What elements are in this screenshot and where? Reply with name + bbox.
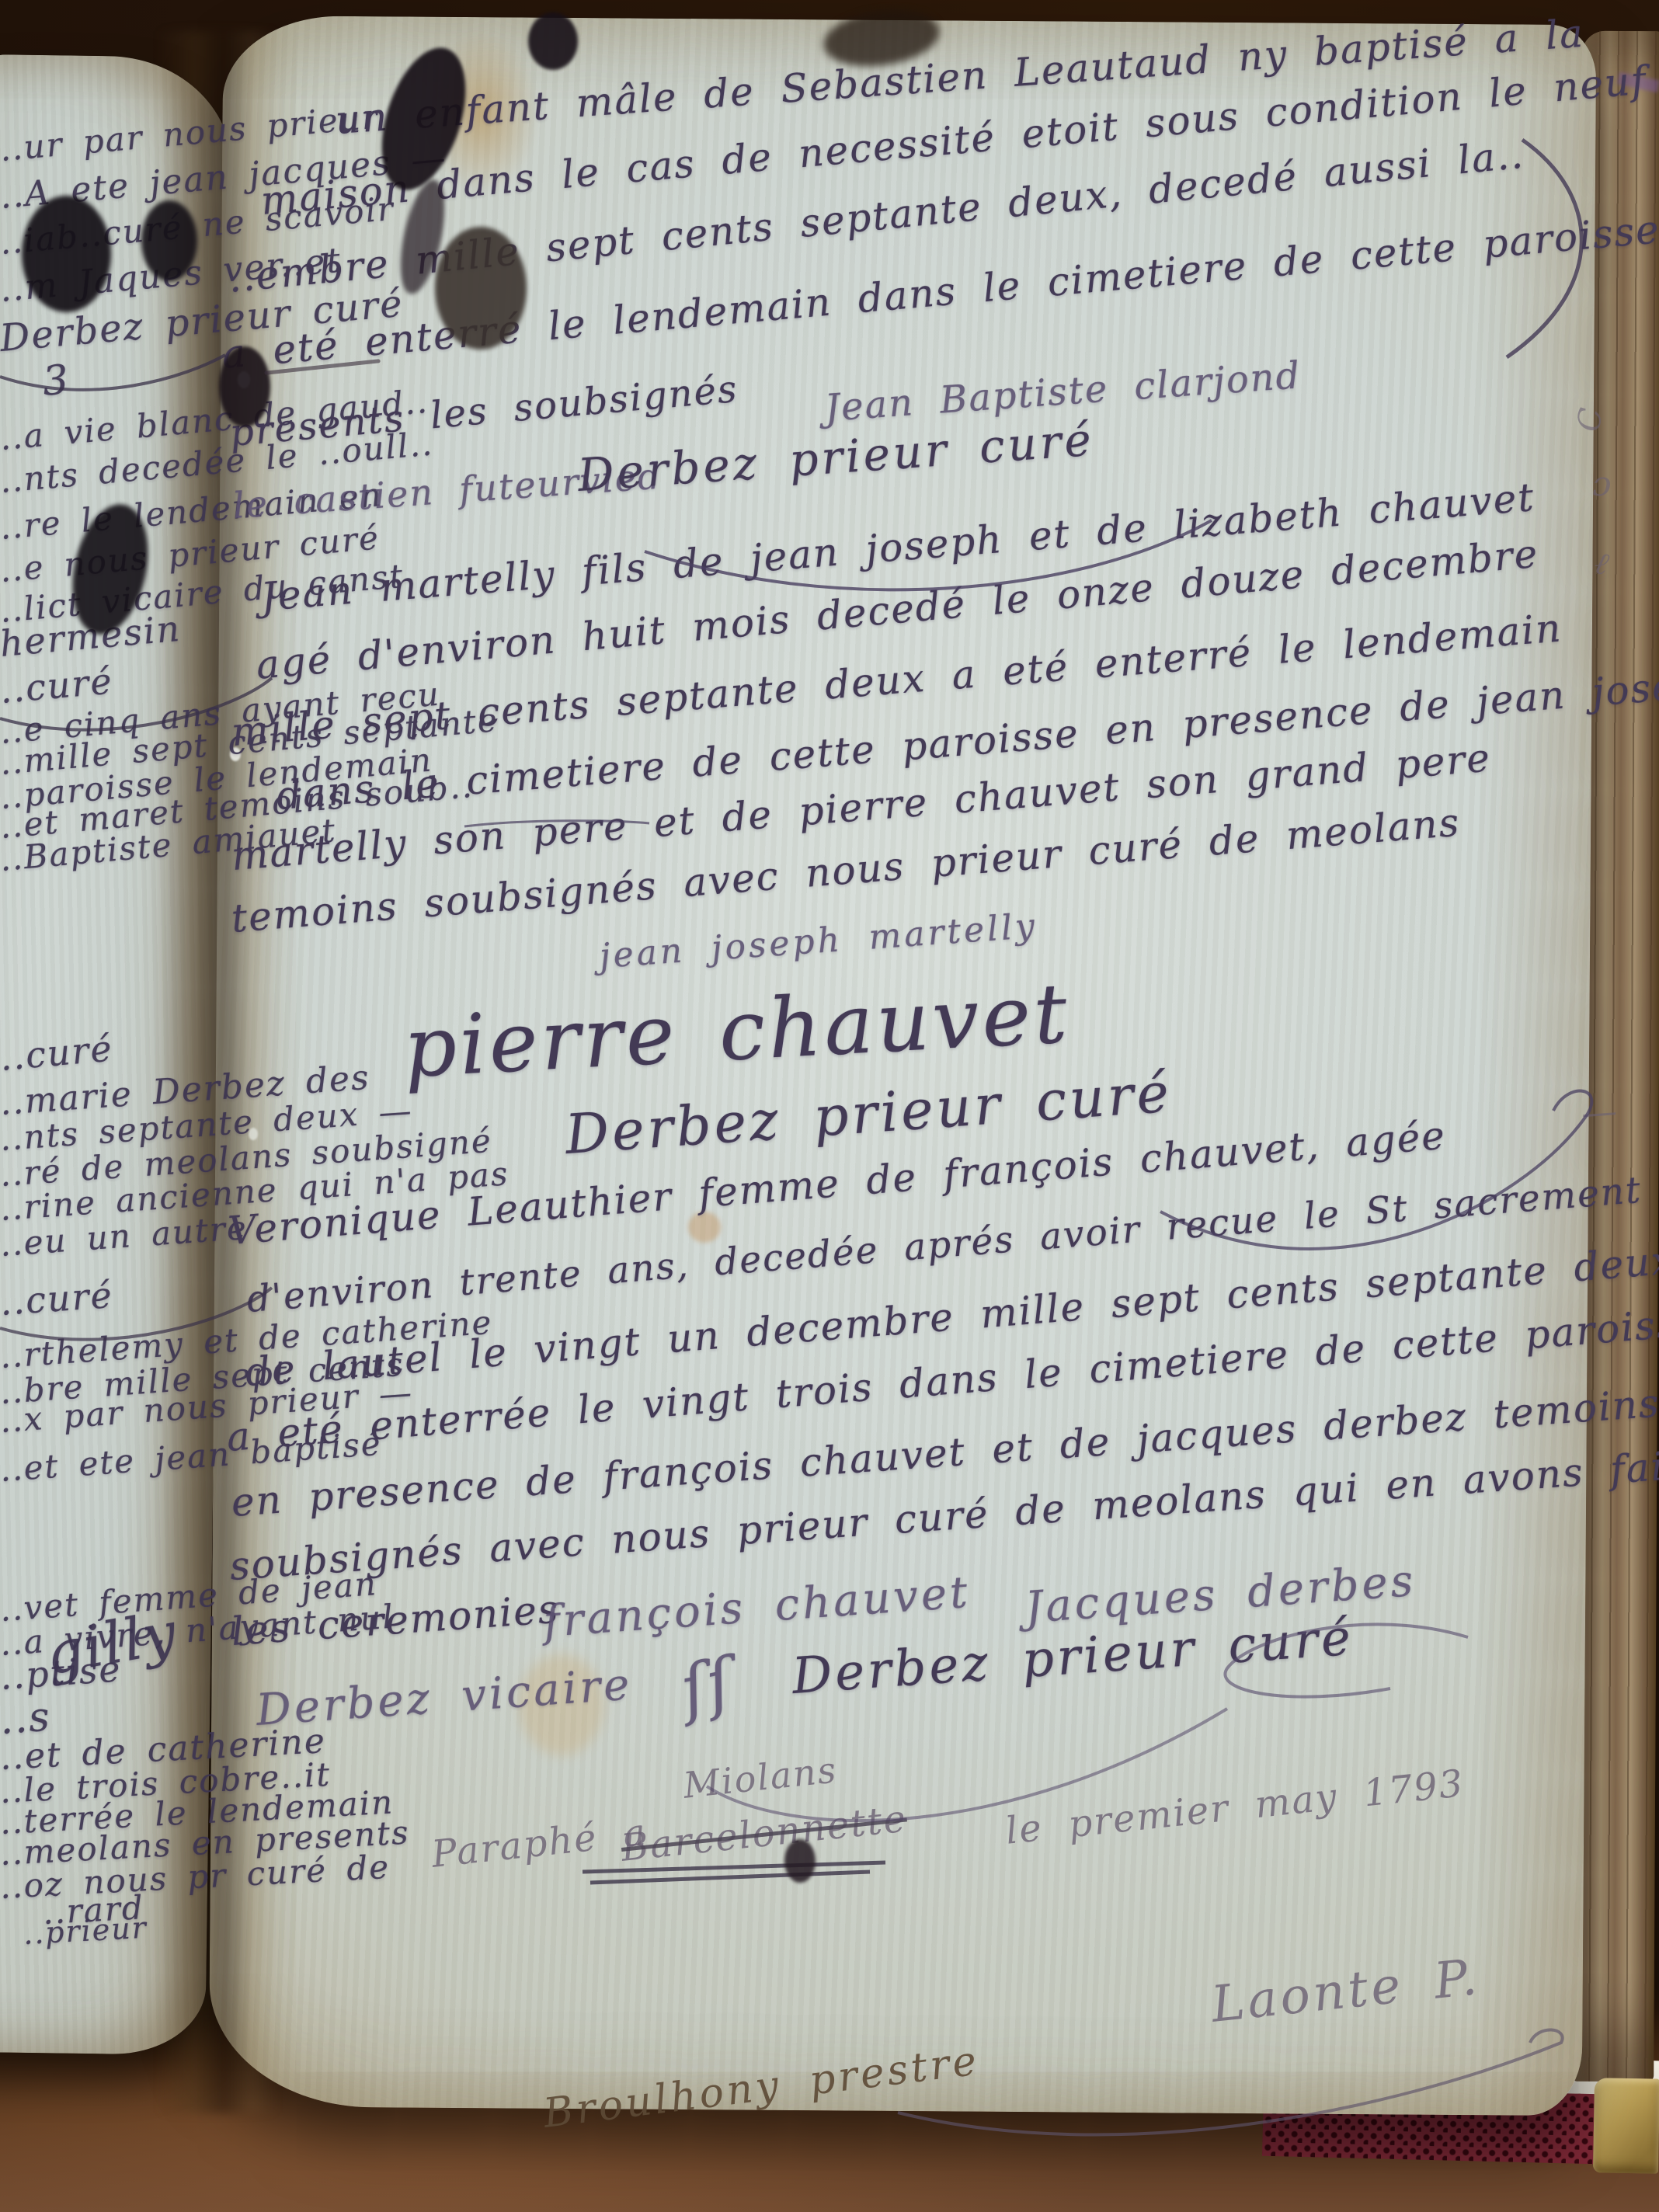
left-flourish-3 <box>0 1274 280 1351</box>
underline-son-pere <box>460 812 654 831</box>
left-flourish-2 <box>0 664 280 742</box>
flourish-under-derbez-2 <box>1149 1072 1631 1289</box>
left-flourish-1 <box>0 346 233 408</box>
photo-parish-register-open-book: ..ur par nous prieur..A ete jean jacques… <box>0 0 1659 2212</box>
flourish-under-derbez-3 <box>699 1693 1243 1849</box>
paraph-swoosh <box>885 2019 1584 2144</box>
gold-clasp <box>1593 2078 1659 2173</box>
flourish-under-derbez-1 <box>637 497 1227 621</box>
flourish-line1-curl <box>1476 132 1631 365</box>
strike-scribble <box>575 1849 901 1895</box>
